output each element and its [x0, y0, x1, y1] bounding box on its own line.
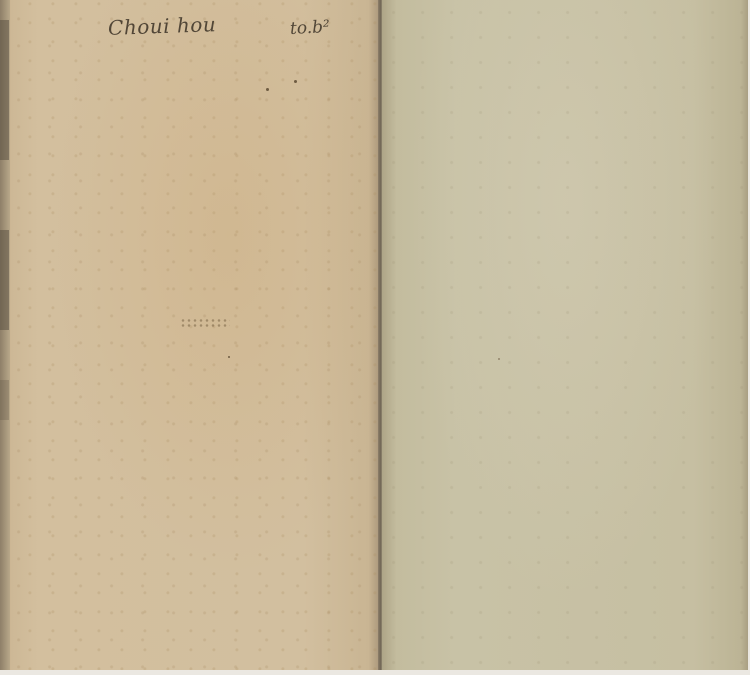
spine-stain — [0, 380, 9, 420]
handwritten-shelfmark: to.b² — [290, 17, 331, 39]
ink-speck — [294, 80, 297, 83]
right-page — [382, 0, 748, 670]
paper-speck — [498, 358, 500, 360]
ink-speck — [266, 88, 269, 91]
spine-stain — [0, 20, 9, 160]
scan-border-bottom — [0, 670, 750, 675]
spine-stain — [0, 230, 9, 330]
left-page: Choui hou to.b² — [0, 0, 380, 670]
book-spread: Choui hou to.b² — [0, 0, 750, 675]
ink-speck — [228, 356, 230, 358]
pencil-mark — [180, 318, 230, 328]
handwritten-title: Choui hou — [108, 12, 217, 40]
